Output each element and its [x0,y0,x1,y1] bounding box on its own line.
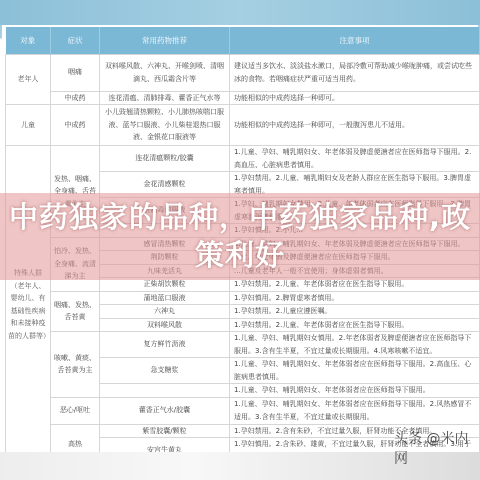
table-row: 咽痛、发热、舌苔黄 蒲地蓝口服液 1.孕妇慎用。2.脾胃虚寒者慎用。 [6,291,480,305]
table-row: 咳嗽、黄痰、舌苔黄为主 复方鲜竹沥液 1.儿童、孕妇、哺乳期妇女慎用。2.年老体… [6,332,480,358]
drug-cell: 双料喉风散、六神丸、开喉剑喷、清咽滴丸、西瓜霜含片等 [100,54,230,91]
note-cell: 1.儿童、孕妇、哺乳期妇女、年老体弱者应在医师指导下服用。2.高血压、心脏病患者… [230,358,480,384]
note-cell: 1.儿童、孕妇、哺乳期妇女、年老体弱及脾虚便溏者应在医师指导下服用。2.高血压、… [230,146,480,172]
drug-cell: 六神丸 [100,305,230,319]
symptom-cell: 咽痛、发热、舌苔黄 [51,291,100,332]
drug-cell: 藿香正气水/胶囊 [100,397,230,424]
drug-cell: 金花清感颗粒 [100,172,230,198]
drug-cell [100,384,230,398]
note-cell: 1.儿童、孕妇、哺乳期妇女慎用。2.年老体弱者及脾虚便溏者应在医师指导下服用。3… [230,332,480,358]
drug-cell: 复方鲜竹沥液 [100,332,230,358]
table-row: 恶心/呕吐 藿香正气水/胶囊 1.儿童、孕妇、哺乳期妇女、年老体弱者应在医师指导… [6,397,480,424]
drug-cell: 小儿豉翘清热颗粒、小儿肺热咳喘口服液、蓝芩口服液、小儿柴桂退热口服液、金银花口服… [100,105,230,146]
drug-cell: 连花清瘟颗粒/胶囊 [100,146,230,172]
drug-cell: 双料喉风散 [100,318,230,332]
group-cell: 儿童 [6,105,51,146]
symptom-cell: 咽痛 [51,54,100,91]
note-cell: 功能相似的中成药选择一种即可，一般腹泻患儿不适用。 [230,105,480,146]
note-cell: 1.孕妇禁用。2.儿童、年老体弱者应在医生指导下服用。 [230,318,480,332]
note-cell: 1.儿童、孕妇、哺乳期妇女、年老体弱者应在医师指导下服用。 [230,384,480,398]
group-cell: 老年人 [6,54,51,105]
table-row: 中成药 连花清瘟、清肺排毒、藿香正气水等 功能相似的中成药选择一种即可。 [6,91,480,105]
note-cell: 1.孕妇慎用。2.脾胃虚寒者慎用。 [230,291,480,305]
table-row: 儿童 中成药 小儿豉翘清热颗粒、小儿肺热咳喘口服液、蓝芩口服液、小儿柴桂退热口服… [6,105,480,146]
headline-title: 中药独家的品种，中药独家品种,政策利好 [0,198,480,274]
note-cell: 1.孕妇禁用。2.儿童、年老体弱者应在医生指导下服用。 [230,278,480,292]
note-cell: 功能相似的中成药选择一种即可。 [230,91,480,105]
drug-cell: 正柴胡饮颗粒 [100,278,230,292]
note-cell: 建议适当多饮水、淡淡盐水漱口，局部冷敷可帮助减少喉咙肿痛，或尝试吃些冰的食物。若… [230,54,480,91]
group-cell: 特殊人群（老年人、婴幼儿、有基础性疾病和未接种疫苗的人群等） [6,146,51,464]
table-header-row: 对象 症状 常用药物推荐 注意事项 [6,27,480,54]
header-notes: 注意事项 [230,27,480,54]
note-cell: 1.孕妇禁用。2.儿童应遵医嘱。 [230,305,480,319]
symptom-cell: 中成药 [51,105,100,146]
note-cell: 1.孕妇禁用。2.儿童、哺乳期妇女及老龄人群应在医生指导下服用。3.脾胃虚寒者慎… [230,172,480,198]
table-row: 老年人 咽痛 双料喉风散、六神丸、开喉剑喷、清咽滴丸、西瓜霜含片等 建议适当多饮… [6,54,480,91]
drug-cell: 急支糖浆 [100,358,230,384]
drug-cell: 连花清瘟、清肺排毒、藿香正气水等 [100,91,230,105]
drug-cell: 蒲地蓝口服液 [100,291,230,305]
watermark-text: 头条 @米内网 [394,428,480,468]
header-symptom: 症状 [51,27,100,54]
note-cell: 1.儿童、孕妇、哺乳期妇女、年老体弱者应在医师指导下服用。2.风热感冒不适用。3… [230,397,480,424]
symptom-cell: 咳嗽、黄痰、舌苔黄为主 [51,332,100,398]
drug-cell: 紫雪胶囊/颗粒 [100,424,230,438]
symptom-cell: 中成药 [51,91,100,105]
header-drug: 常用药物推荐 [100,27,230,54]
symptom-cell: 恶心/呕吐 [51,397,100,424]
header-target: 对象 [6,27,51,54]
table-row: 特殊人群（老年人、婴幼儿、有基础性疾病和未接种疫苗的人群等） 发热、咽痛、全身痛… [6,146,480,172]
top-banner [0,0,480,25]
